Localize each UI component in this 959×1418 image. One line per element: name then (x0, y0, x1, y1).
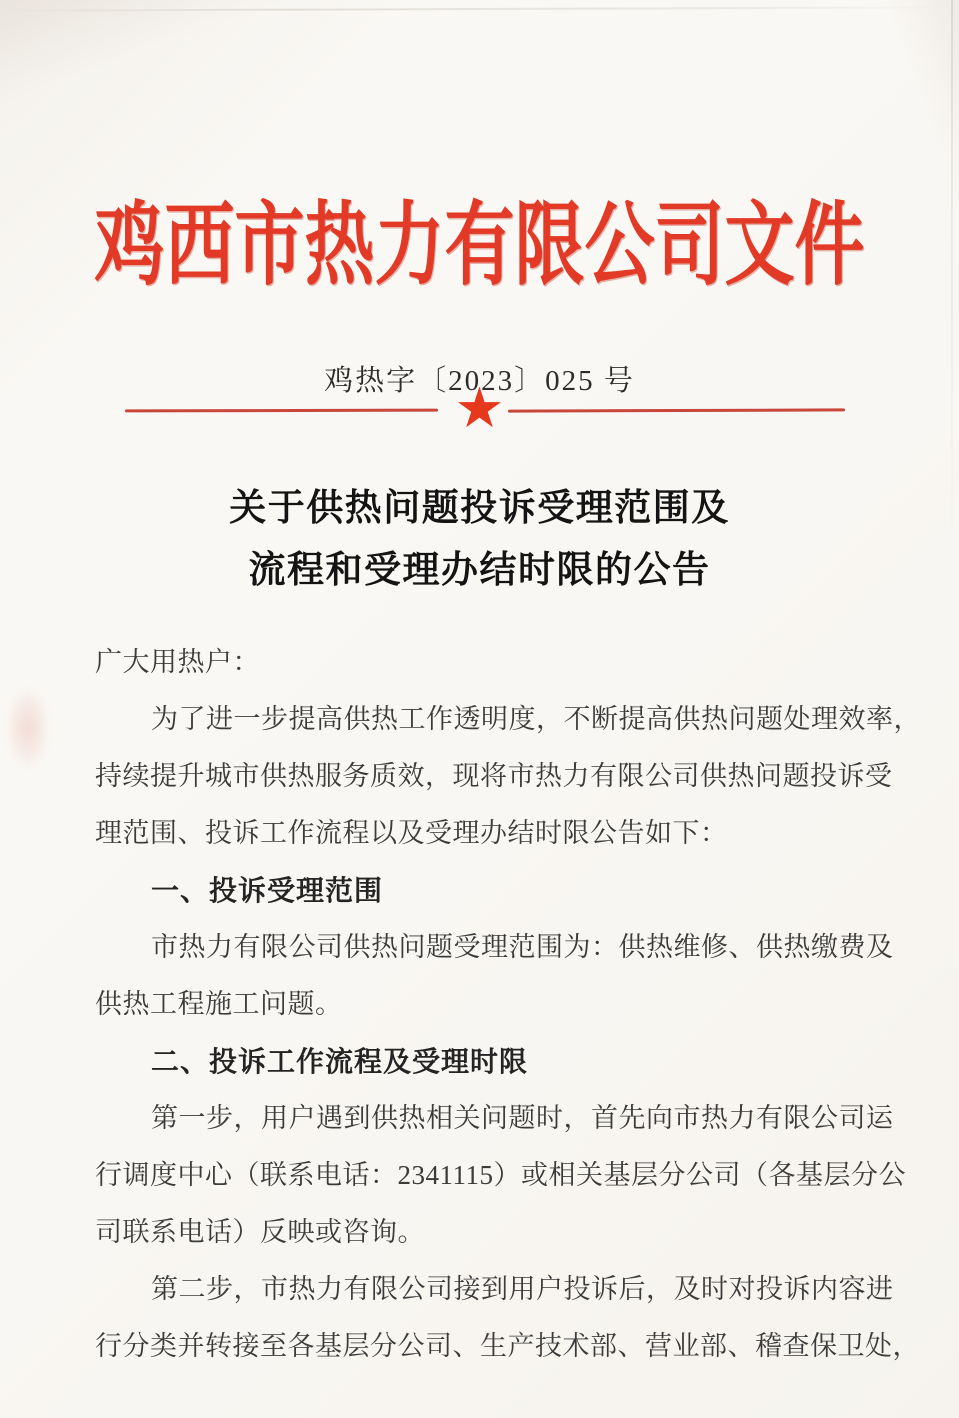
org-header-title: 鸡西市热力有限公司文件 (0, 172, 959, 303)
star-icon: ★ (0, 381, 959, 437)
body-line: 司联系电话）反映或咨询。 (95, 1204, 870, 1261)
document-page: 鸡西市热力有限公司文件 鸡热字〔2023〕025 号 ★ 关于供热问题投诉受理范… (0, 0, 959, 1418)
body-line: 行分类并转接至各基层分公司、生产技术部、营业部、稽查保卫处， (95, 1318, 870, 1375)
body-line: 第二步，市热力有限公司接到用户投诉后，及时对投诉内容进 (95, 1261, 870, 1318)
body-line: 行调度中心（联系电话：2341115）或相关基层分公司（各基层分公 (95, 1147, 870, 1204)
notice-title-line-1: 关于供热问题投诉受理范围及 (0, 478, 959, 540)
body-line-salutation: 广大用热户： (95, 634, 870, 691)
section-heading-2: 二、投诉工作流程及受理时限 (95, 1033, 870, 1090)
body-text: 广大用热户： 为了进一步提高供热工作透明度，不断提高供热问题处理效率， 持续提升… (95, 634, 870, 1375)
body-line: 市热力有限公司供热问题受理范围为：供热维修、供热缴费及 (95, 919, 870, 976)
section-heading-1: 一、投诉受理范围 (95, 862, 870, 919)
body-line: 为了进一步提高供热工作透明度，不断提高供热问题处理效率， (95, 691, 870, 748)
body-line: 持续提升城市供热服务质效，现将市热力有限公司供热问题投诉受 (95, 748, 870, 805)
scan-smudge (6, 688, 50, 768)
body-line: 第一步，用户遇到供热相关问题时，首先向市热力有限公司运 (95, 1090, 870, 1147)
notice-title-line-2: 流程和受理办结时限的公告 (0, 540, 959, 602)
notice-title: 关于供热问题投诉受理范围及 流程和受理办结时限的公告 (0, 478, 959, 602)
body-line: 供热工程施工问题。 (95, 976, 870, 1033)
paper-edge-top (0, 6, 959, 11)
body-line: 理范围、投诉工作流程以及受理办结时限公告如下： (95, 805, 870, 862)
